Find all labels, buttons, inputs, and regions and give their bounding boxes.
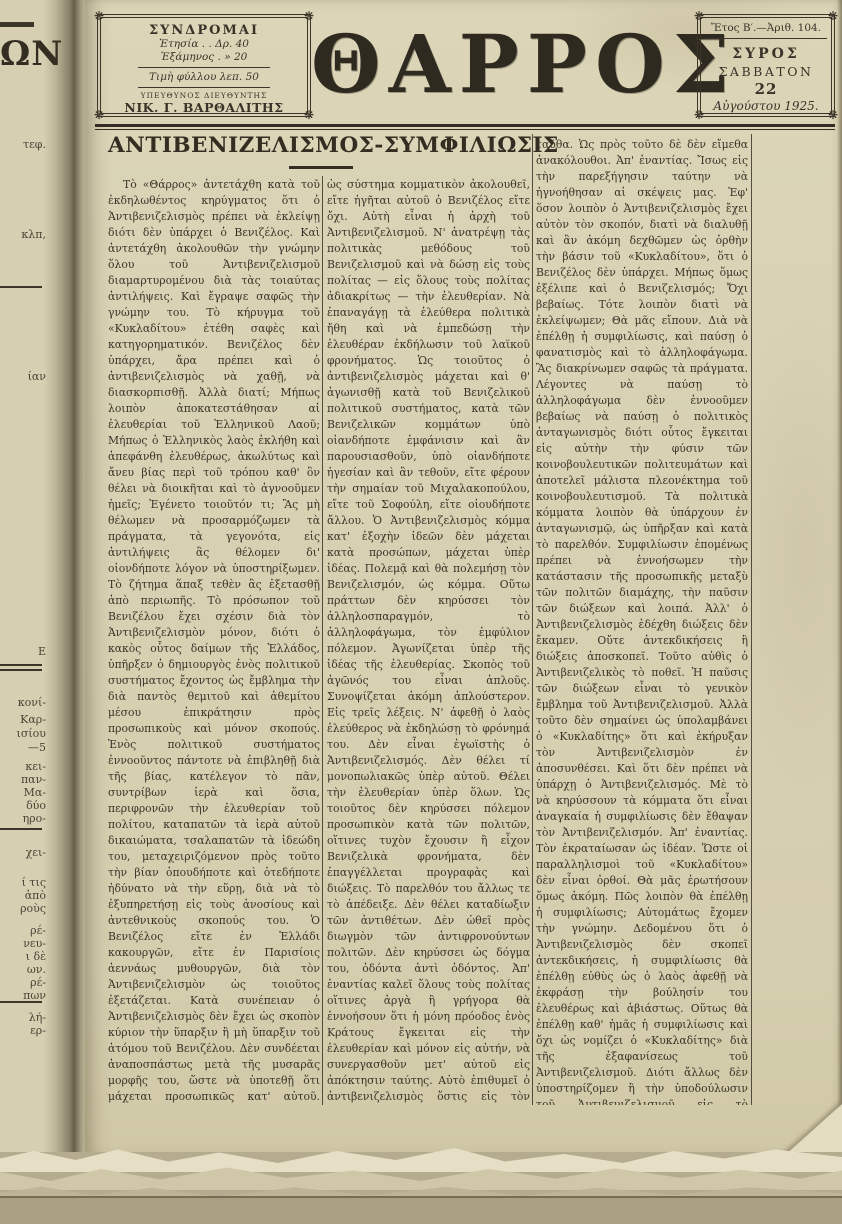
folded-corner (784, 1104, 842, 1156)
column-rule (322, 176, 323, 1105)
box-divider (138, 87, 270, 88)
director-title: ΥΠΕΥΘΥΝΟΣ ΔΙΕΥΘΥΝΤΗΣ (101, 91, 307, 100)
corner-ornament-icon: ❋ (94, 109, 104, 121)
director-name: ΝΙΚ. Γ. ΒΑΡΘΑΛΙΤΗΣ (101, 100, 307, 115)
adjacent-page-text-fragment: ΩΝ (0, 36, 48, 72)
adjacent-page-text-fragment: κλπ, (0, 228, 48, 241)
weekday: ΣΑΒΒΑΤΟΝ (701, 64, 831, 79)
subscriptions-box: ❋ ❋ ❋ ❋ ΣΥΝΔΡΟΜΑΙ Ἐτησία . . Δρ. 40 Ἐξάμ… (97, 14, 311, 117)
page-right-edge (837, 0, 842, 1156)
article-column-2: ὡς σύστημα κομματικὸν ἀκολουθεῖ, εἴτε ἡγ… (327, 177, 530, 1105)
corner-ornament-icon: ❋ (694, 10, 704, 22)
headline-underline (289, 166, 353, 169)
subscriptions-title: ΣΥΝΔΡΟΜΑΙ (101, 23, 307, 38)
underlying-page-edge (0, 1196, 842, 1224)
adjacent-page-text-fragment: —5 (0, 741, 48, 754)
adjacent-page-text-fragment: χει- (0, 846, 48, 859)
adjacent-page-text-fragment: ίαν (0, 370, 48, 383)
adjacent-page-rule (0, 669, 42, 671)
adjacent-page-text-fragment: ισίου (0, 727, 48, 740)
box-divider (138, 67, 270, 68)
copy-price: Τιμὴ φύλλου λεπ. 50 (101, 71, 307, 84)
adjacent-page-text-fragment: ων. (0, 963, 48, 976)
adjacent-page-text-fragment: παν- (0, 773, 48, 786)
month-year: Αὐγούστου 1925. (701, 99, 831, 113)
adjacent-page-edge: ΩΝτεφ.κλπ,ίανΕκονί-Καρ-ισίου—5κει-παν-Μα… (0, 0, 86, 1160)
subscription-annual: Ἐτησία . . Δρ. 40 (101, 38, 307, 51)
issue-date-box: ❋ ❋ ❋ ❋ Ἔτος Β′.—Ἀριθ. 104. ΣΥΡΟΣ ΣΑΒΒΑΤ… (697, 14, 835, 117)
adjacent-page-text-fragment: ρέ- (0, 924, 48, 937)
adjacent-page-rule (0, 828, 42, 830)
adjacent-page-rule (0, 664, 42, 666)
adjacent-page-rule (0, 22, 34, 27)
adjacent-page-rule (0, 286, 42, 288)
adjacent-page-text-fragment: ροὺς (0, 902, 48, 915)
adjacent-page-text-fragment: δύο (0, 799, 48, 812)
adjacent-page-text-fragment: πων (0, 989, 48, 1002)
city: ΣΥΡΟΣ (701, 46, 831, 62)
adjacent-page-text-fragment: ηρο- (0, 812, 48, 825)
adjacent-page-text-fragment: ί τις (0, 876, 48, 889)
adjacent-page-text-fragment: ἀπὸ (0, 889, 48, 902)
newspaper-scan: ΩΝτεφ.κλπ,ίανΕκονί-Καρ-ισίου—5κει-παν-Μα… (0, 0, 842, 1224)
adjacent-page-text-fragment: κει- (0, 760, 48, 773)
adjacent-page-text-fragment: ι δὲ (0, 950, 48, 963)
newspaper-page: ❋ ❋ ❋ ❋ ΣΥΝΔΡΟΜΑΙ Ἐτησία . . Δρ. 40 Ἐξάμ… (85, 0, 842, 1156)
corner-ornament-icon: ❋ (694, 109, 704, 121)
adjacent-page-text-fragment: τεφ. (0, 138, 48, 151)
article-headline: ΑΝΤΙΒΕΝΙΖΕΛΙΣΜΟΣ-ΣΥΜΦΙΛΙΩΣΙΣ (108, 133, 530, 158)
adjacent-page-text-fragment: Μα- (0, 786, 48, 799)
adjacent-page-text-fragment: ρέ- (0, 976, 48, 989)
newspaper-title: ΘΑΡΡΟΣ (311, 16, 695, 112)
adjacent-page-text-fragment: λή- (0, 1011, 48, 1024)
adjacent-page-text-fragment: κονί- (0, 696, 48, 709)
column-rule (751, 134, 752, 1105)
adjacent-page-text-fragment: νευ- (0, 937, 48, 950)
adjacent-page-text-fragment: Ε (0, 645, 48, 658)
adjacent-page-text-fragment: ερ- (0, 1024, 48, 1037)
date-number: 22 (701, 80, 831, 98)
article-column-1: Τὸ «Θάρρος» ἀντετάχθη κατὰ τοῦ ἐκδηλωθέν… (108, 177, 320, 1105)
corner-ornament-icon: ❋ (94, 10, 104, 22)
subscription-semiannual: Ἐξάμηνος . » 20 (101, 51, 307, 64)
column-rule (532, 134, 533, 1105)
adjacent-page-text-fragment: Καρ- (0, 713, 48, 726)
article-column-3: ταῦθα. Ὡς πρὸς τοῦτο δὲ δὲν εἴμεθα ἀνακό… (536, 137, 748, 1105)
masthead-rule (95, 124, 835, 130)
issue-number: Ἔτος Β′.—Ἀριθ. 104. (705, 21, 827, 39)
